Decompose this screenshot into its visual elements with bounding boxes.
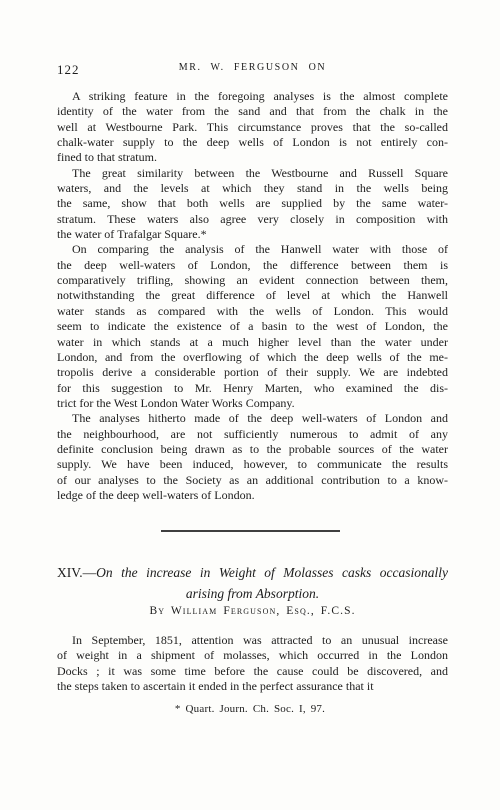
text-line: the same, show that both wells are suppl…: [57, 196, 448, 211]
text-line: A striking feature in the foregoing anal…: [57, 89, 448, 104]
text-line: supply. We have been induced, however, t…: [57, 457, 448, 472]
text-line: the water of Trafalgar Square.*: [57, 227, 448, 242]
text-line: notwithstanding the great difference of …: [57, 288, 448, 303]
text-line: definite conclusion being drawn as to th…: [57, 442, 448, 457]
running-title: MR. W. FERGUSON ON: [57, 62, 448, 73]
footnote: * Quart. Journ. Ch. Soc. I, 97.: [0, 703, 500, 715]
upper-article-text: A striking feature in the foregoing anal…: [57, 89, 448, 503]
text-line: fined to that stratum.: [57, 150, 448, 165]
page-header: 122 MR. W. FERGUSON ON: [57, 62, 448, 78]
text-line: London, and from the overflowing of whic…: [57, 350, 448, 365]
scanned-journal-page: 122 MR. W. FERGUSON ON A striking featur…: [0, 0, 500, 810]
text-line: the neighbourhood, are not sufficiently …: [57, 427, 448, 442]
text-line: tropolis derive a considerable portion o…: [57, 365, 448, 380]
section-divider-rule: [161, 530, 340, 532]
text-line: On comparing the analysis of the Hanwell…: [57, 242, 448, 257]
text-line: Docks ; it was some time before the caus…: [57, 664, 448, 679]
text-line: water stands as compared with the wells …: [57, 304, 448, 319]
text-line: water in which stands at a much higher l…: [57, 335, 448, 350]
article-title-line1: XIV.—On the increase in Weight of Molass…: [57, 562, 448, 583]
article-title: XIV.—On the increase in Weight of Molass…: [57, 562, 448, 604]
text-line: waters, and the levels at which they sta…: [57, 181, 448, 196]
text-line: stratum. These waters also agree very cl…: [57, 212, 448, 227]
new-article-text: In September, 1851, attention was attrac…: [57, 633, 448, 694]
text-line: for this suggestion to Mr. Henry Marten,…: [57, 381, 448, 396]
page-number: 122: [57, 62, 80, 78]
text-line: of our analyses to the Society as an add…: [57, 473, 448, 488]
text-line: identity of the water from the sand and …: [57, 104, 448, 119]
article-title-line2: arising from Absorption.: [57, 583, 448, 604]
text-line: the steps taken to ascertain it ended in…: [57, 679, 448, 694]
text-line: of weight in a shipment of molasses, whi…: [57, 648, 448, 663]
text-line: In September, 1851, attention was attrac…: [57, 633, 448, 648]
text-line: trict for the West London Water Works Co…: [57, 396, 448, 411]
text-line: The great similarity between the Westbou…: [57, 166, 448, 181]
text-line: ledge of the deep well-waters of London.: [57, 488, 448, 503]
text-line: comparatively trifling, showing an evide…: [57, 273, 448, 288]
text-line: the deep well-waters of London, the diff…: [57, 258, 448, 273]
text-line: The analyses hitherto made of the deep w…: [57, 411, 448, 426]
text-line: chalk-water supply to the deep wells of …: [57, 135, 448, 150]
text-line: well at Westbourne Park. This circumstan…: [57, 120, 448, 135]
byline: By William Ferguson, Esq., F.C.S.: [57, 605, 448, 617]
article-title-text: On the increase in Weight of Molasses ca…: [96, 565, 448, 580]
text-line: seem to indicate the existence of a basi…: [57, 319, 448, 334]
article-number: XIV.—: [57, 565, 96, 580]
